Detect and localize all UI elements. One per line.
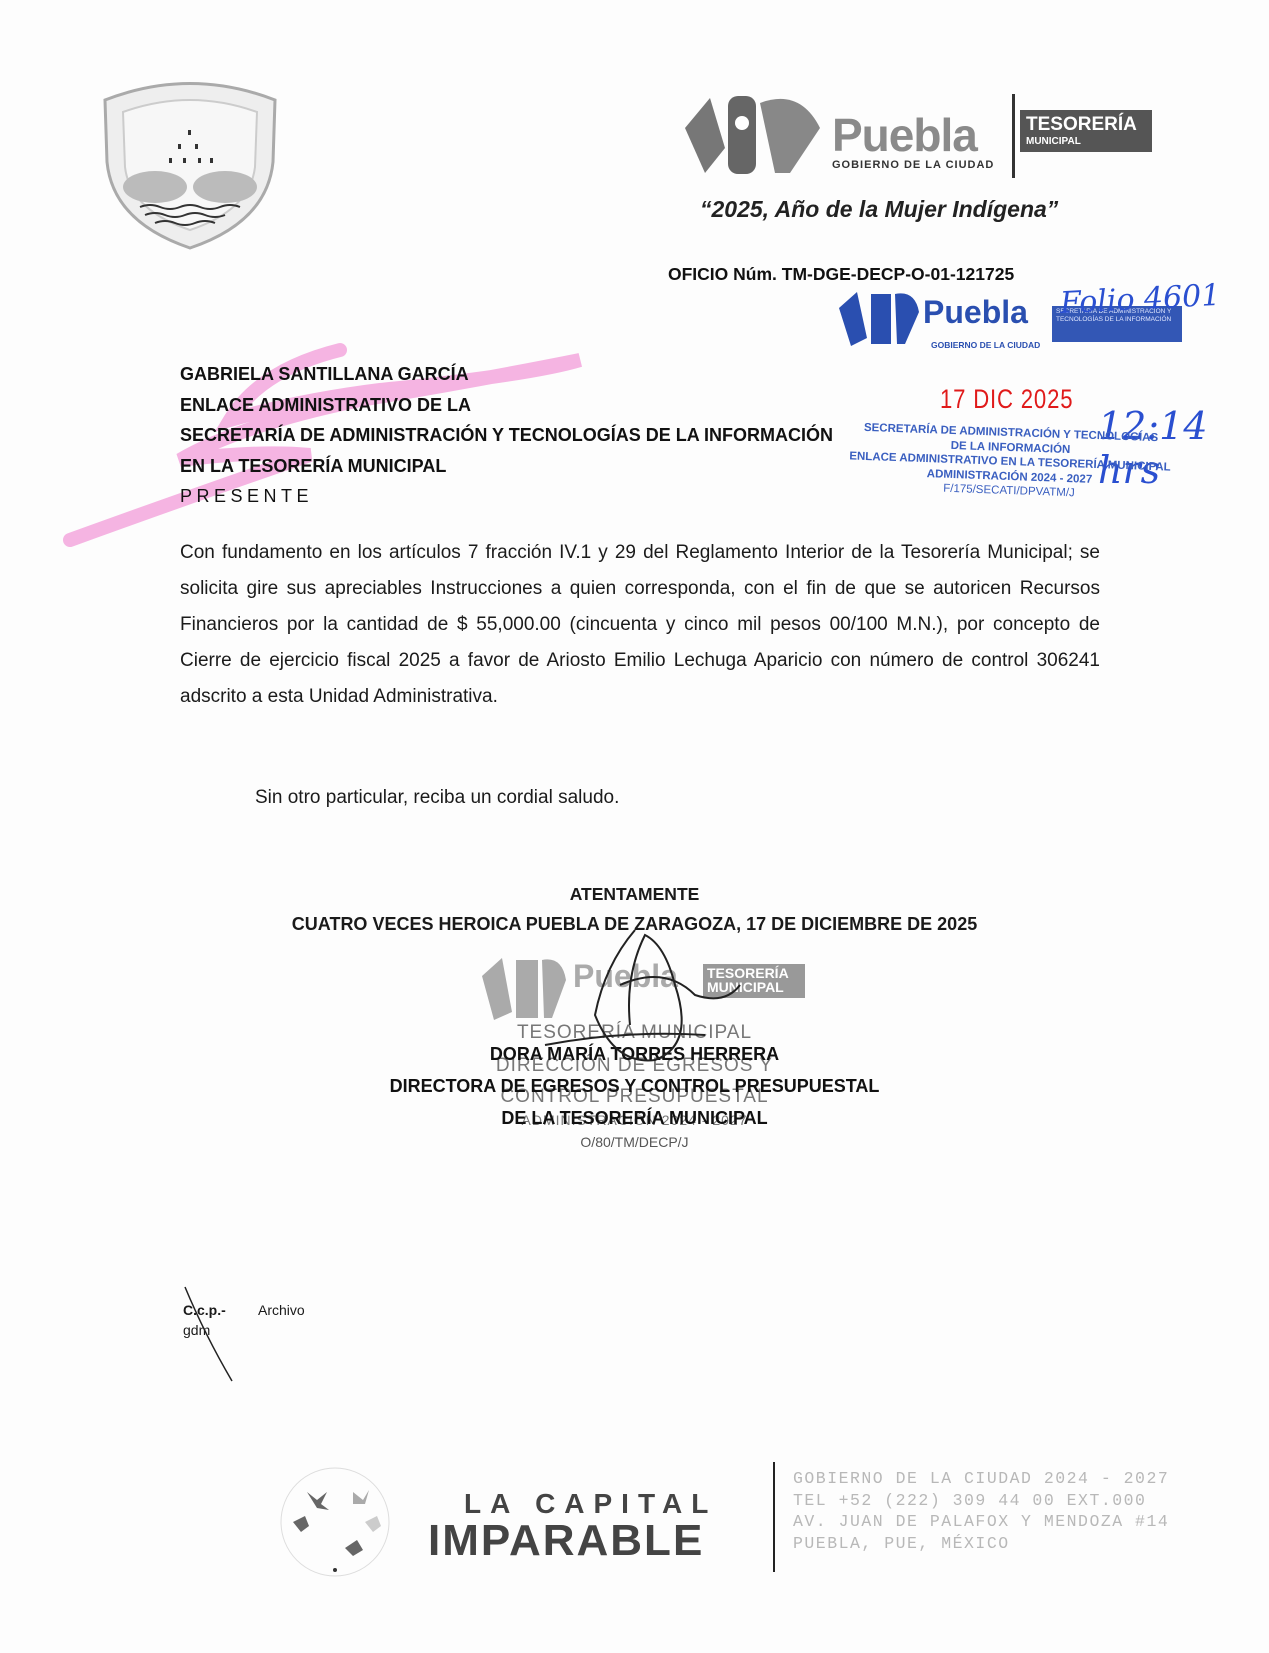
address-line: AV. JUAN DE PALAFOX Y MENDOZA #14 [793, 1511, 1169, 1533]
footer-address: GOBIERNO DE LA CIUDAD 2024 - 2027 TEL +5… [793, 1468, 1169, 1554]
logo-subtitle: GOBIERNO DE LA CIUDAD [832, 159, 994, 171]
addressee-title: ENLACE ADMINISTRATIVO DE LA [180, 390, 833, 421]
puebla-emblem-icon [680, 88, 830, 178]
footer-divider [773, 1462, 775, 1572]
signer-title: DE LA TESORERÍA MUNICIPAL [0, 1102, 1269, 1134]
address-line: TEL +52 (222) 309 44 00 EXT.000 [793, 1490, 1169, 1512]
addressee-name: GABRIELA SANTILLANA GARCÍA [180, 359, 833, 390]
municipal-seal-icon [95, 72, 285, 252]
document-reference: O/80/TM/DECP/J [0, 1134, 1269, 1150]
folio-handwritten: Folio 4601 [1059, 278, 1221, 321]
logo-divider [1012, 94, 1015, 178]
equality-norm-badge-icon [275, 1462, 395, 1582]
puebla-tesoreria-logo: Puebla GOBIERNO DE LA CIUDAD TESORERÍA M… [680, 88, 1150, 178]
handwritten-signature [525, 925, 765, 1075]
slogan-logo: LA CAPITAL IMPARABLE [428, 1488, 748, 1566]
oficio-number: OFICIO Núm. TM-DGE-DECP-O-01-121725 [668, 264, 1014, 285]
slogan-line2: IMPARABLE [428, 1516, 748, 1566]
department-sub: MUNICIPAL [1026, 136, 1081, 147]
address-line: PUEBLA, PUE, MÉXICO [793, 1533, 1169, 1555]
addressee-block: GABRIELA SANTILLANA GARCÍA ENLACE ADMINI… [180, 359, 833, 512]
logo-brand: Puebla [832, 108, 977, 162]
address-line: GOBIERNO DE LA CIUDAD 2024 - 2027 [793, 1468, 1169, 1490]
department-name: TESORERÍA [1026, 114, 1137, 136]
addressee-title: SECRETARÍA DE ADMINISTRACIÓN Y TECNOLOGÍ… [180, 420, 833, 451]
body-paragraph: Con fundamento en los artículos 7 fracci… [180, 535, 1100, 715]
stamp-subtitle: GOBIERNO DE LA CIUDAD [931, 340, 1040, 350]
addressee-title: EN LA TESORERÍA MUNICIPAL [180, 451, 833, 482]
closing-line: Sin otro particular, reciba un cordial s… [255, 787, 619, 809]
received-date-stamp: 17 DIC 2025 [940, 384, 1073, 415]
puebla-emblem-icon [835, 288, 921, 348]
department-badge: TESORERÍA MUNICIPAL [1020, 110, 1152, 152]
ccp-recipient: Archivo [258, 1302, 305, 1318]
atentamente: ATENTAMENTE [0, 884, 1269, 905]
year-motto: “2025, Año de la Mujer Indígena” [700, 196, 1140, 223]
stamp-brand: Puebla [923, 294, 1028, 331]
presente: PRESENTE [180, 481, 833, 512]
reception-stamp-text: SECRETARÍA DE ADMINISTRACIÓN Y TECNOLOGÍ… [829, 420, 1191, 505]
pen-stroke [180, 1285, 240, 1385]
